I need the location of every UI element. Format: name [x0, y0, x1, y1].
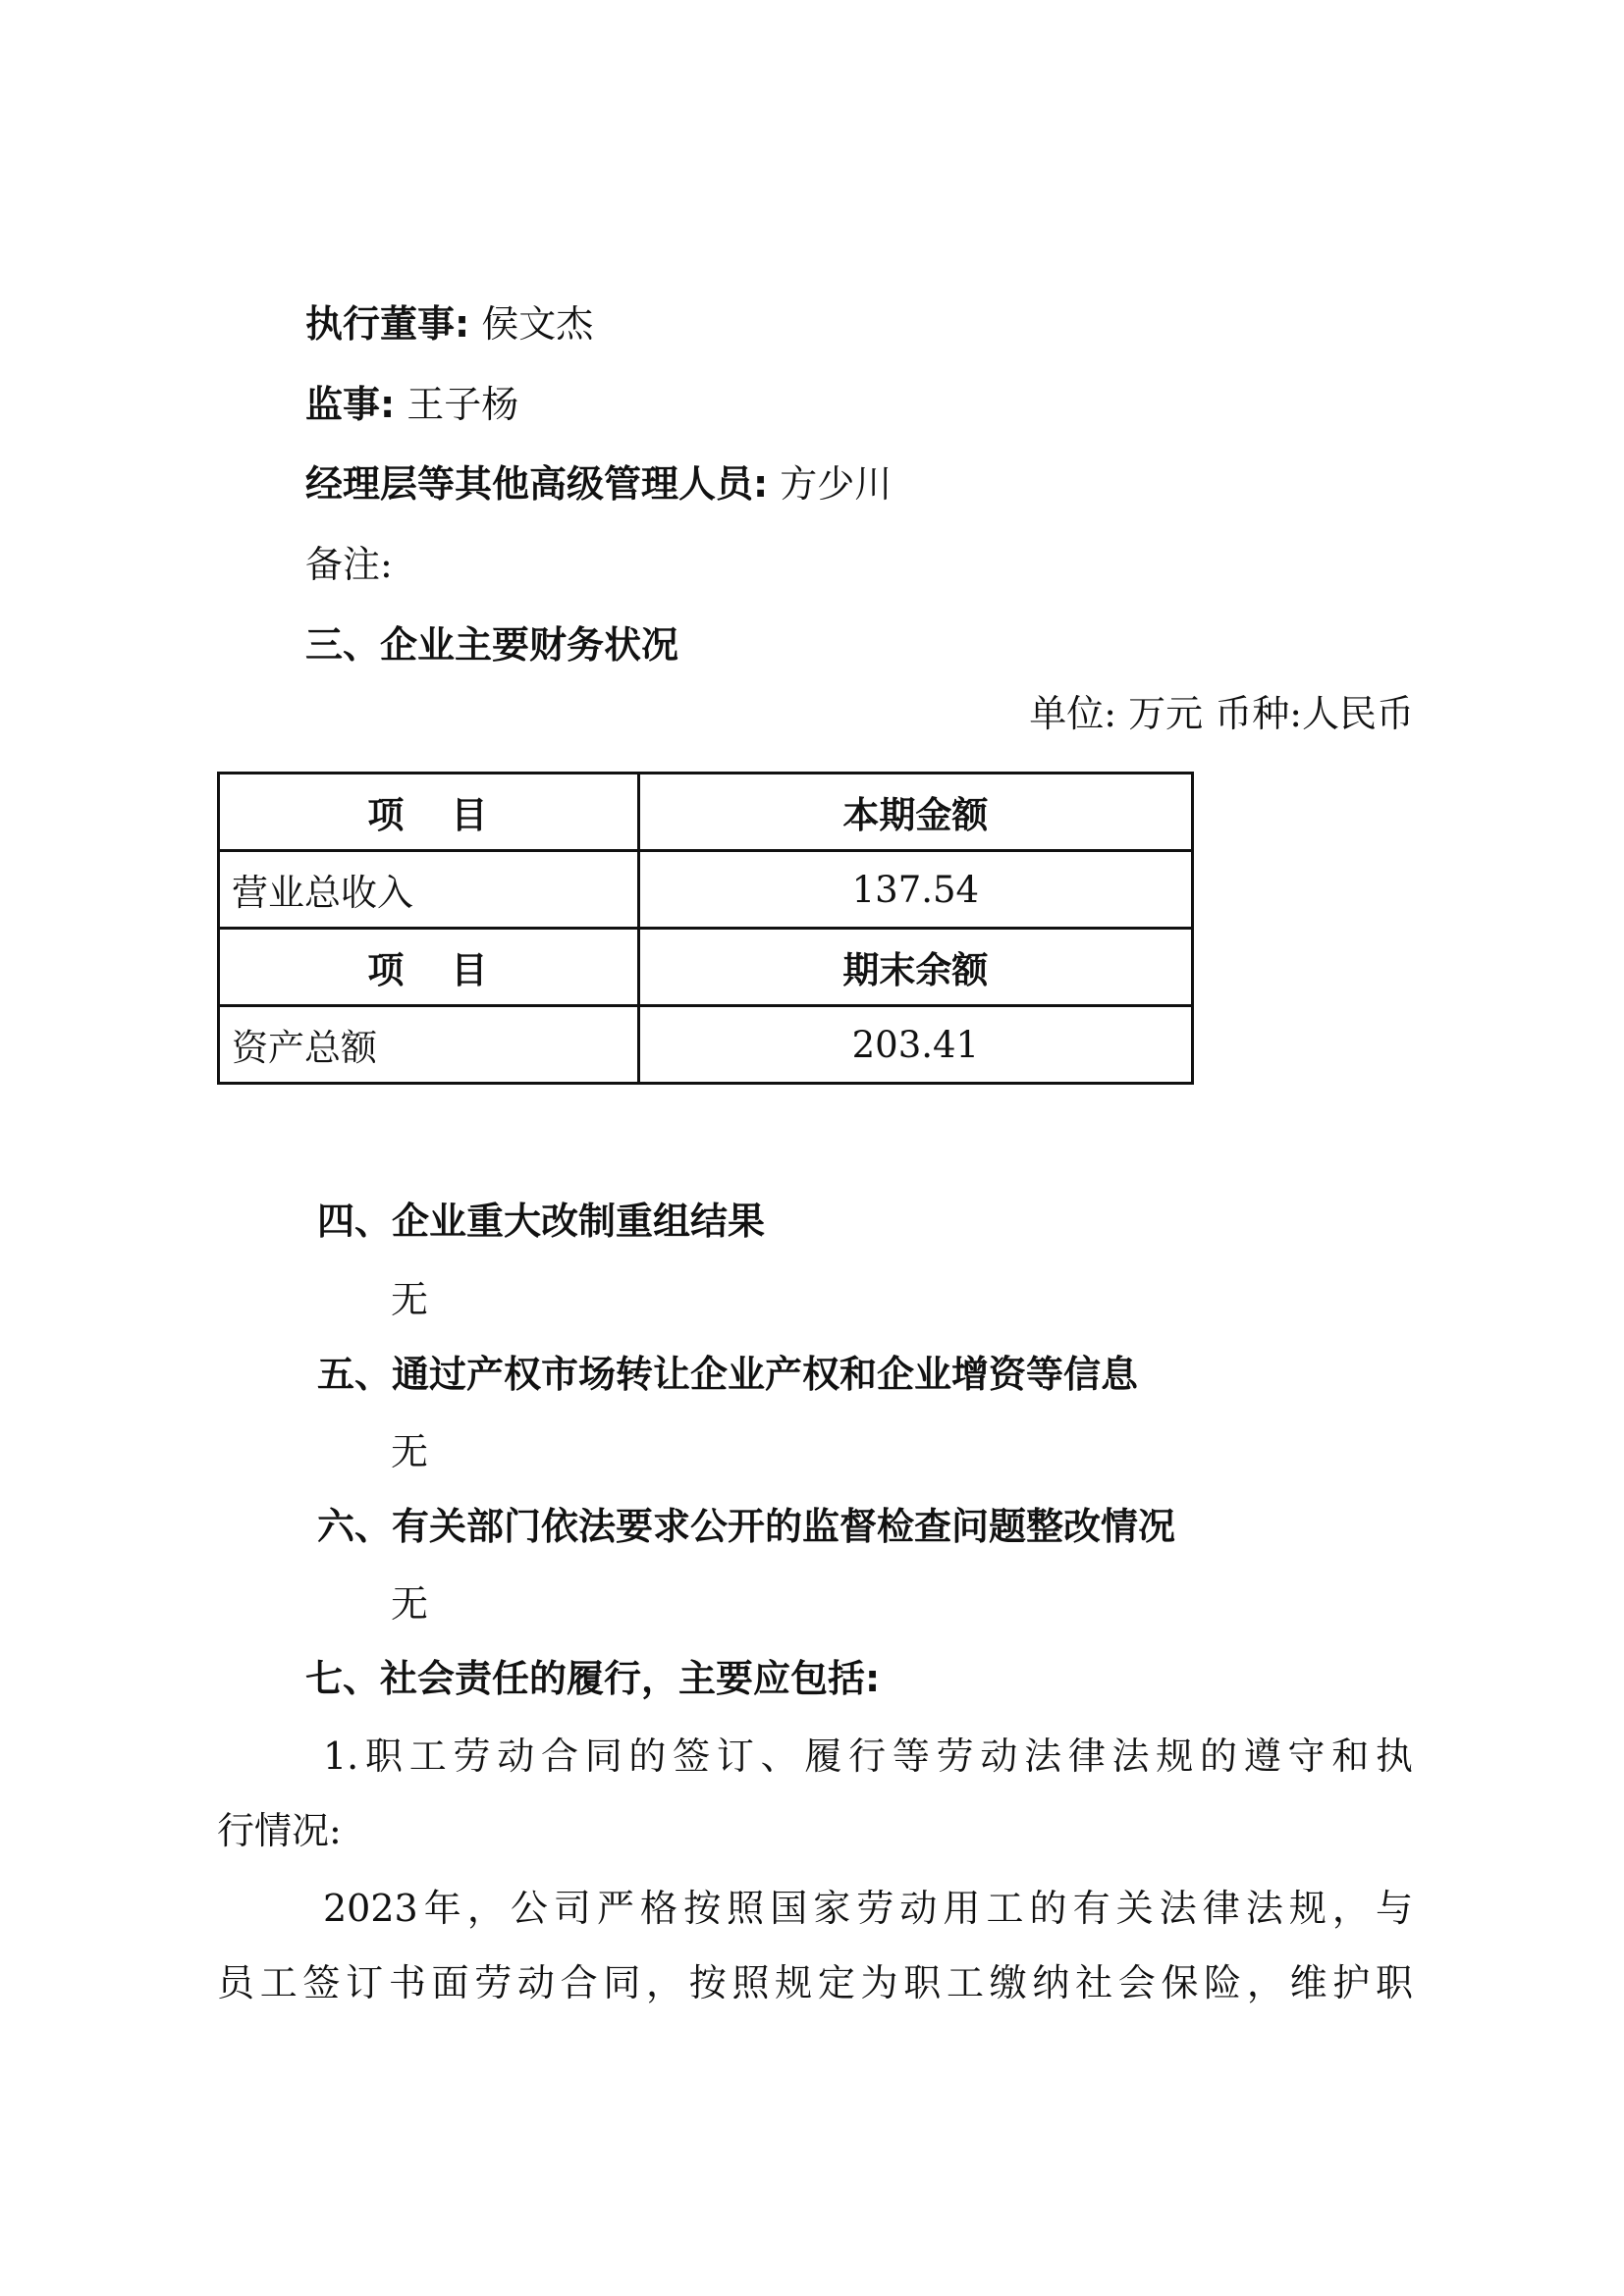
section4-heading: 四、企业重大改制重组结果	[317, 1200, 765, 1243]
section5-heading: 五、通过产权市场转让企业产权和企业增资等信息	[317, 1353, 1138, 1396]
table-cell-value: 203.41	[638, 1006, 1192, 1084]
supervisor-line: 监事: 王子杨	[305, 383, 518, 426]
financial-table: 项目 本期金额 营业总收入 137.54 项目 期末余额 资产总额 203.41	[217, 772, 1194, 1085]
table-cell-label: 资产总额	[219, 1006, 639, 1084]
management-line: 经理层等其他高级管理人员: 方少川	[305, 462, 892, 506]
management-value: 方少川	[780, 462, 892, 506]
section6-body: 无	[391, 1582, 428, 1626]
table-header-current-amount: 本期金额	[638, 774, 1192, 851]
section7-paragraph-line1: 2023年，公司严格按照国家劳动用工的有关法律法规，与	[323, 1887, 1413, 1930]
table-header-item: 项目	[219, 929, 639, 1006]
exec-director-label: 执行董事:	[305, 302, 469, 346]
exec-director-line: 执行董事: 侯文杰	[305, 302, 593, 346]
management-label: 经理层等其他高级管理人员:	[305, 462, 768, 506]
remarks-label: 备注:	[305, 543, 393, 586]
section5-body: 无	[391, 1430, 428, 1473]
supervisor-label: 监事:	[305, 383, 395, 426]
exec-director-value: 侯文杰	[481, 302, 593, 346]
section7-heading: 七、社会责任的履行，主要应包括:	[305, 1657, 880, 1700]
section3-heading: 三、企业主要财务状况	[305, 623, 678, 667]
table-header-item: 项目	[219, 774, 639, 851]
section7-item1-line2: 行情况:	[217, 1809, 342, 1852]
table-cell-value: 137.54	[638, 851, 1192, 929]
section7-item1-line1: 1.职工劳动合同的签订、履行等劳动法律法规的遵守和执	[323, 1735, 1413, 1778]
table-header-ending-balance: 期末余额	[638, 929, 1192, 1006]
section7-paragraph-line2: 员工签订书面劳动合同，按照规定为职工缴纳社会保险，维护职	[217, 1961, 1413, 2004]
section4-body: 无	[391, 1278, 428, 1321]
table-header-row: 项目 期末余额	[219, 929, 1193, 1006]
supervisor-value: 王子杨	[406, 383, 518, 426]
table-cell-label: 营业总收入	[219, 851, 639, 929]
unit-note: 单位: 万元 币种:人民币	[1029, 692, 1414, 735]
table-header-row: 项目 本期金额	[219, 774, 1193, 851]
table-row: 营业总收入 137.54	[219, 851, 1193, 929]
section6-heading: 六、有关部门依法要求公开的监督检查问题整改情况	[317, 1505, 1175, 1548]
table-row: 资产总额 203.41	[219, 1006, 1193, 1084]
